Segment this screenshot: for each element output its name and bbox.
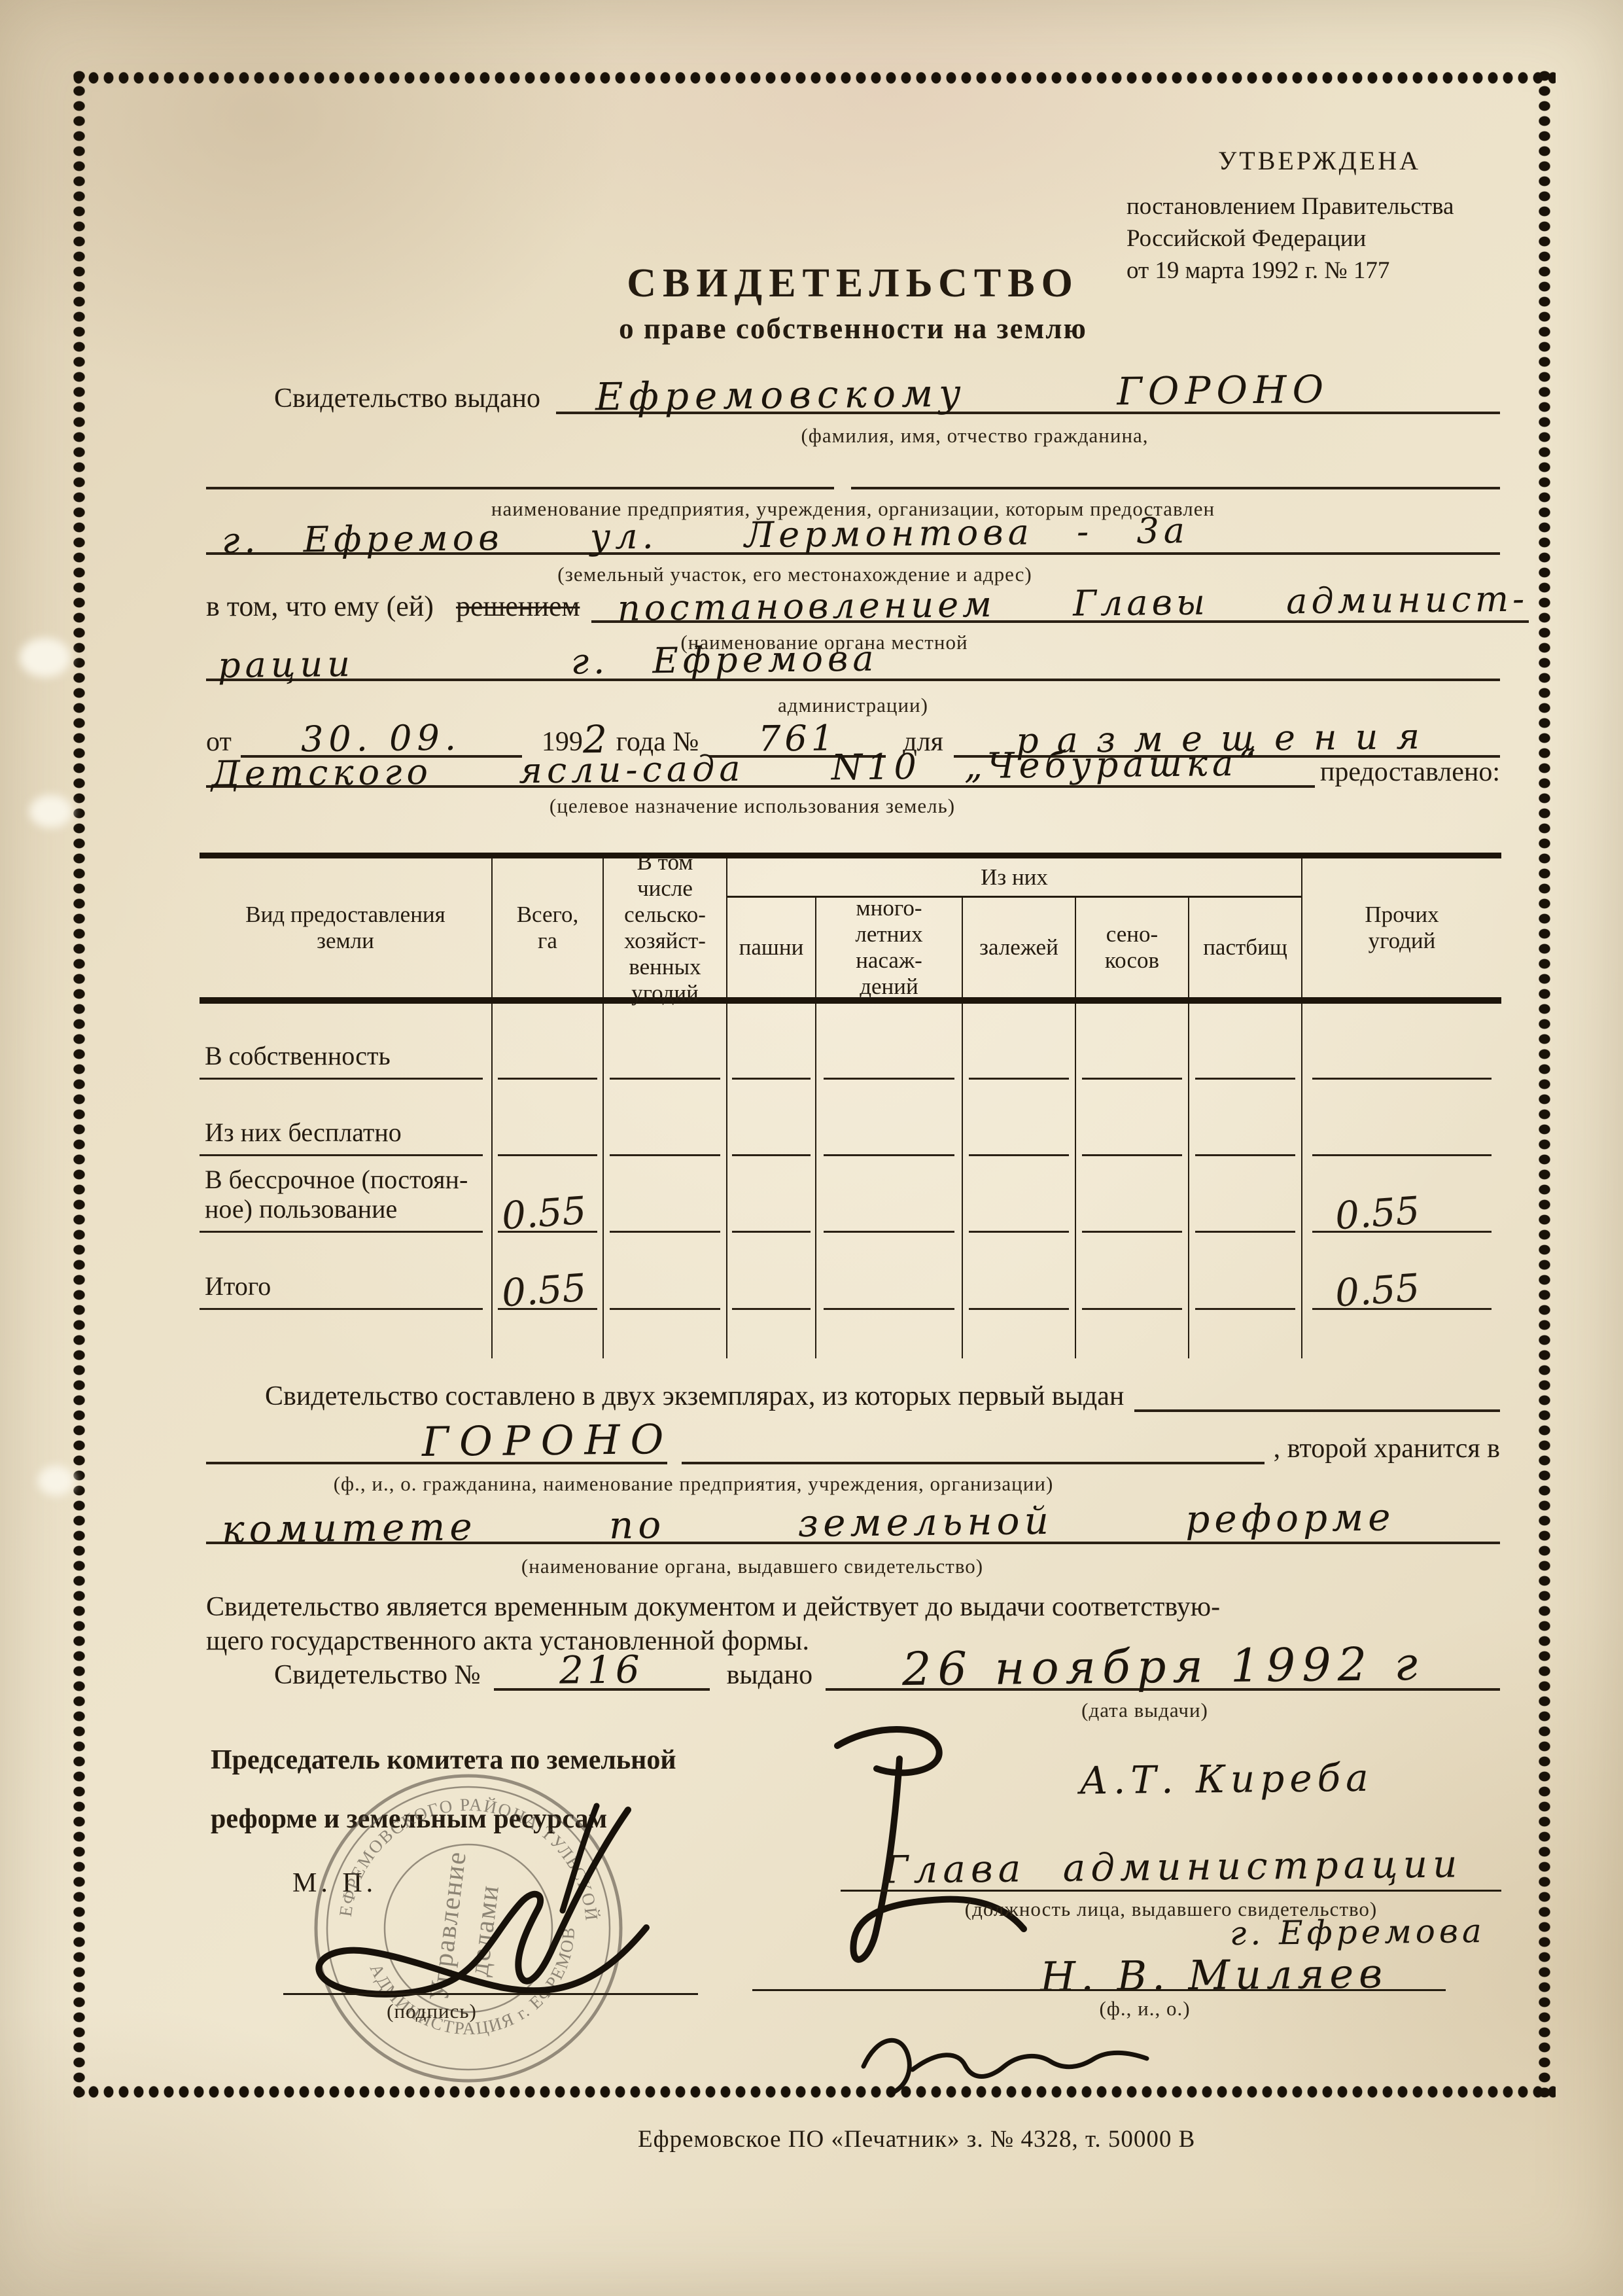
table-cell: 0.55 [493, 1164, 604, 1241]
ornamental-border-right [1535, 68, 1554, 2102]
col-header-agri: В том числе сельско- хозяйст- венных уго… [604, 858, 727, 997]
signature-line-left [283, 1993, 698, 1995]
paper-hole [20, 638, 71, 677]
issued-caption: (фамилия, имя, отчество гражданина, [550, 424, 1400, 448]
approval-line: Российской Федерации [1126, 222, 1512, 255]
table-cell [1076, 1164, 1189, 1241]
table-row-label: В собственность [200, 1004, 493, 1087]
copies-goro-row: ГОРОНО , второй хранится в [206, 1419, 1500, 1464]
copies-caption2: (наименование органа, выдавшего свидетел… [327, 1555, 1178, 1578]
table-cell [1189, 1164, 1302, 1241]
decision-struck-word: решением [456, 590, 580, 623]
paper-hole [38, 1466, 75, 1496]
land-table-header: Вид предоставления земли Всего, га В том… [200, 853, 1501, 1004]
signature-stroke [913, 2053, 1147, 2076]
table-cell [816, 1164, 963, 1241]
approval-line: постановлением Правительства [1126, 190, 1512, 222]
administration-value: рации г. Ефремова [206, 641, 879, 682]
document-subtitle: о праве собственности на землю [206, 311, 1500, 345]
table-stub-cell [963, 1318, 1076, 1358]
table-cell [816, 1087, 963, 1164]
copies-line2: , второй хранится в [1274, 1433, 1500, 1464]
table-row-label: В бессрочное (постоян- ное) пользование [200, 1164, 493, 1241]
copies-komitet-row: комитете по земельной реформе [206, 1498, 1500, 1544]
table-cell [604, 1164, 727, 1241]
table-cell [816, 1241, 963, 1318]
head-city-handwritten: г. Ефремова [1230, 1916, 1486, 1950]
col-header-type: Вид предоставления земли [200, 858, 493, 997]
land-address-value: г. Ефремов ул. Лермонтова - 3а [206, 514, 1189, 557]
signature-stroke [864, 2040, 909, 2094]
ornamental-border-left [69, 68, 89, 2102]
table-cell [604, 1087, 727, 1164]
issue-number: 216 [559, 1651, 644, 1688]
table-stub-cell [604, 1318, 727, 1358]
paper-hole [29, 795, 73, 828]
issue-vydano-label: выдано [727, 1659, 813, 1691]
copies-line1-row: Свидетельство составлено в двух экземпля… [206, 1374, 1500, 1412]
col-header-fallow: залежей [963, 898, 1076, 997]
grant-purpose-row: Детского ясли-сада N10 „Чебурашка“ предо… [206, 754, 1500, 788]
table-cell [493, 1004, 604, 1087]
issued-to-value: Ефремовскому ГОРОНО [556, 372, 1330, 415]
copies-value1: ГОРОНО [422, 1421, 674, 1462]
table-cell [493, 1087, 604, 1164]
approval-title: УТВЕРЖДЕНА [1126, 145, 1512, 176]
ornamental-border-bottom [71, 2082, 1556, 2102]
table-stub-cell [727, 1318, 816, 1358]
copies-line1: Свидетельство составлено в двух экземпля… [206, 1381, 1124, 1412]
podpis-caption: (подпись) [301, 2000, 563, 2023]
issued-to-row: Свидетельство выдано Ефремовскому ГОРОНО [206, 370, 1500, 414]
signature-stroke [319, 1810, 646, 1994]
table-stub-cell [1302, 1318, 1501, 1358]
table-row-label: Итого [200, 1241, 493, 1318]
table-stub-cell [1076, 1318, 1189, 1358]
ornamental-border-top [71, 68, 1556, 88]
table-row-label: Из них бесплатно [200, 1087, 493, 1164]
decision-row: в том, что ему (ей) решением постановлен… [206, 588, 1500, 623]
copies-caption1: (ф., и., о. гражданина, наименование пре… [236, 1472, 1151, 1496]
table-cell [1076, 1087, 1189, 1164]
certificate-page: УТВЕРЖДЕНА постановлением Правительства … [0, 0, 1623, 2296]
grant-purpose2-value: Детского ясли-сада N10 „Чебурашка“ [206, 746, 1261, 790]
table-cell [1076, 1004, 1189, 1087]
table-cell [1189, 1241, 1302, 1318]
decision-prefix: в том, что ему (ей) [206, 590, 434, 623]
table-cell [727, 1087, 816, 1164]
signature-stroke [837, 1729, 939, 1773]
land-address-row: г. Ефремов ул. Лермонтова - 3а [206, 521, 1500, 555]
col-header-total: Всего, га [493, 858, 604, 997]
col-header-pasture: пастбищ [1189, 898, 1302, 997]
chairman-signature [288, 1798, 654, 2007]
land-table-body: В собственность Из них бесплатно В бесср… [200, 1004, 1501, 1358]
printing-house-imprint: Ефремовское ПО «Печатник» з. № 4328, т. … [638, 2125, 1195, 2153]
table-stub-cell [200, 1318, 493, 1358]
table-cell [963, 1241, 1076, 1318]
decision-value: постановлением Главы админист- [591, 582, 1529, 625]
issue-label: Свидетельство № [206, 1659, 481, 1691]
col-header-perennial: много- летних насаж- дений [816, 898, 963, 997]
issued-to-label: Свидетельство выдано [206, 383, 540, 414]
purpose-caption: (целевое назначение использования земель… [327, 794, 1178, 818]
col-header-arable: пашни [727, 898, 816, 997]
table-cell [1302, 1004, 1501, 1087]
table-cell: 0.55 [1302, 1241, 1501, 1318]
head-signature [792, 1713, 1040, 1975]
table-cell [816, 1004, 963, 1087]
table-cell [727, 1241, 816, 1318]
head-post-handwritten: Глава администрации [883, 1846, 1463, 1888]
copies-value2: комитете по земельной реформе [206, 1499, 1395, 1547]
table-cell [1302, 1087, 1501, 1164]
post-line [841, 1890, 1501, 1892]
table-cell [1189, 1004, 1302, 1087]
document-title: СВИДЕТЕЛЬСТВО [206, 260, 1500, 307]
table-cell [963, 1164, 1076, 1241]
administration-caption: администрации) [206, 694, 1500, 717]
table-cell: 0.55 [493, 1241, 604, 1318]
fio-line [752, 1989, 1446, 1991]
col-header-group: Из них [727, 858, 1302, 898]
table-cell [727, 1164, 816, 1241]
table-cell [963, 1087, 1076, 1164]
table-cell [727, 1004, 816, 1087]
issue-row: Свидетельство № 216 выдано 26 ноября 199… [206, 1649, 1500, 1691]
head-name-handwritten: А.Т. Киреба [1079, 1760, 1374, 1799]
col-header-other: Прочих угодий [1302, 858, 1501, 997]
table-stub-cell [1189, 1318, 1302, 1358]
table-cell [963, 1004, 1076, 1087]
table-stub-cell [493, 1318, 604, 1358]
table-cell [604, 1004, 727, 1087]
table-cell [1076, 1241, 1189, 1318]
col-header-hay: сено- косов [1076, 898, 1189, 997]
administration-row: рации г. Ефремова [206, 646, 1500, 681]
table-cell: 0.55 [1302, 1164, 1501, 1241]
bottom-signature [847, 2021, 1155, 2102]
table-stub-cell [816, 1318, 963, 1358]
table-cell [1189, 1087, 1302, 1164]
issue-date: 26 ноября 1992 г [901, 1642, 1423, 1691]
validity-line1: Свидетельство является временным докумен… [206, 1591, 1508, 1623]
table-cell [604, 1241, 727, 1318]
predostavleno-label: предоставлено: [1320, 756, 1500, 788]
fio-caption: (ф., и., о.) [864, 1997, 1426, 2021]
org-name-blank-line [206, 459, 1500, 489]
